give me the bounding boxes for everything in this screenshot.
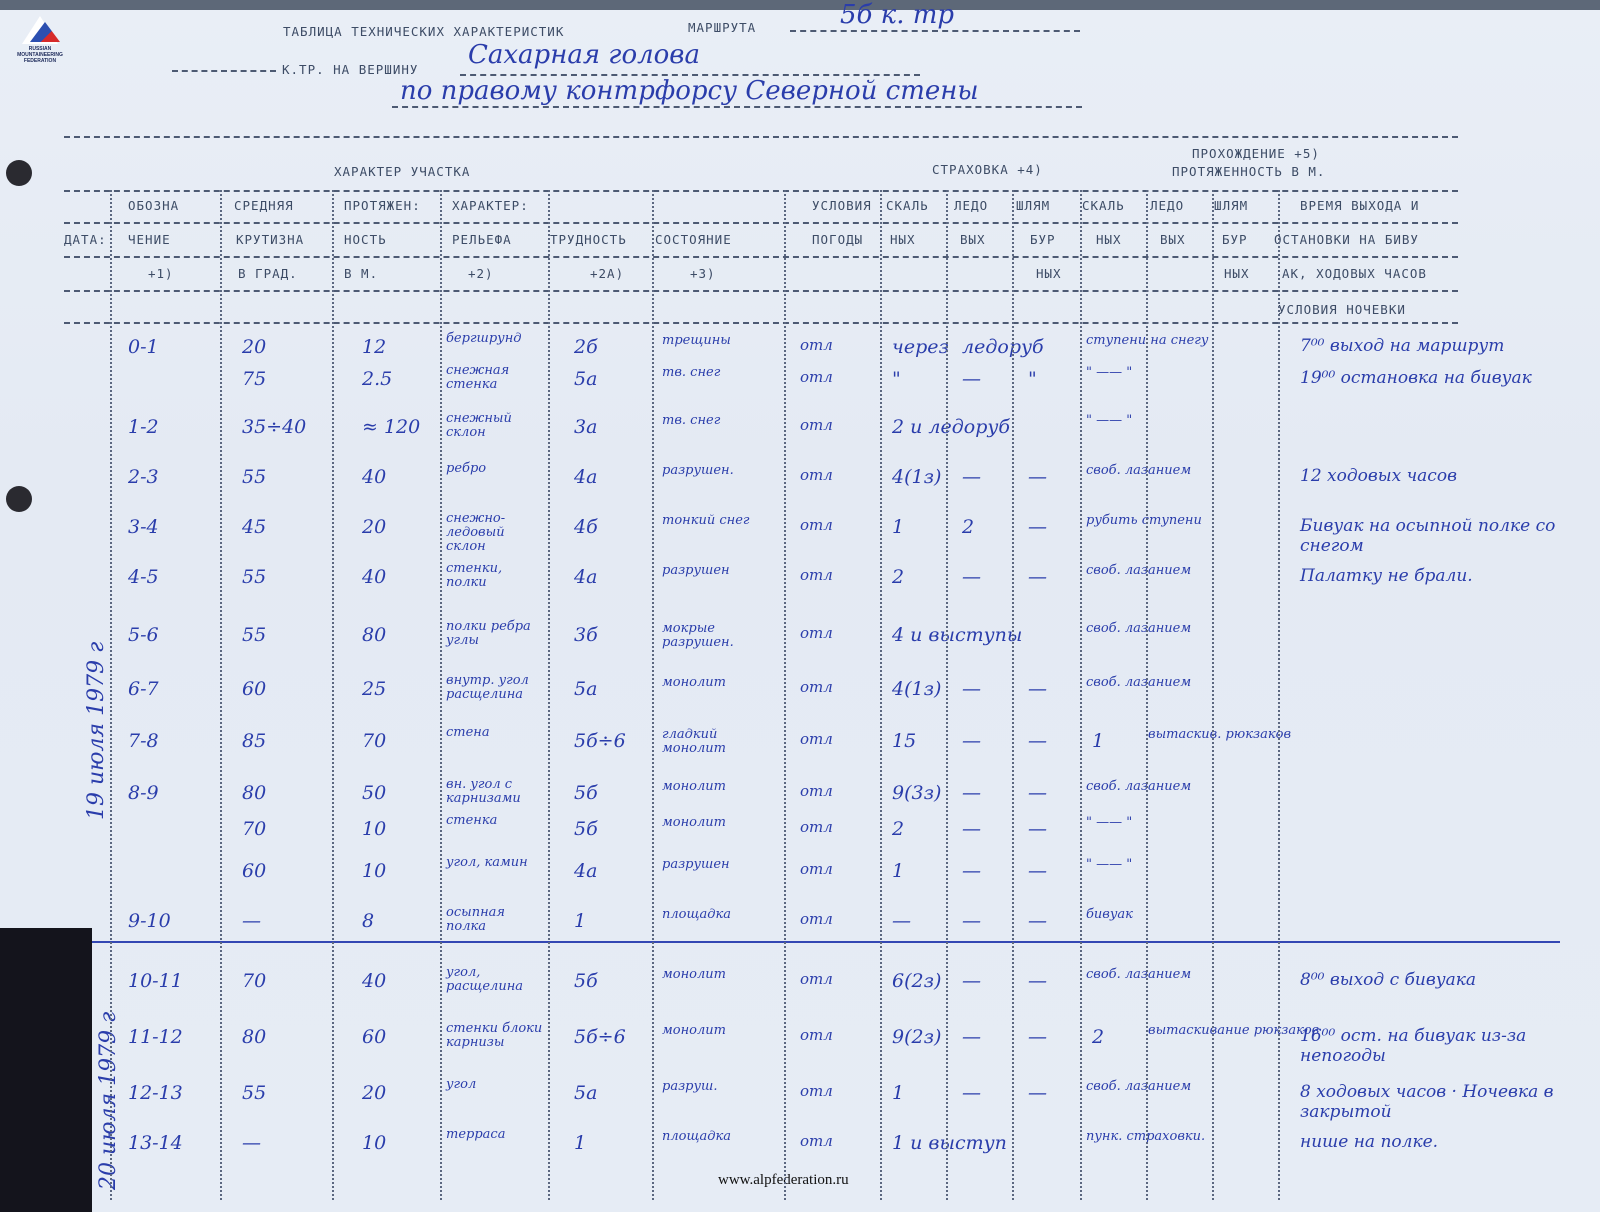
cell-difficulty: 5б	[574, 970, 598, 992]
column-header: ТРУДНОСТЬ	[550, 232, 627, 247]
cell-difficulty: 5б÷6	[574, 1026, 626, 1048]
column-separator	[332, 190, 334, 1200]
cell-steepness: 45	[242, 516, 266, 538]
cell-length: 20	[362, 1082, 386, 1104]
cell-belay-rock: 2	[892, 818, 904, 840]
cell-difficulty: 5а	[574, 678, 597, 700]
route-description: по правому контрфорсу Северной стены	[400, 76, 979, 106]
cell-belay-rock: 4(1з)	[892, 466, 941, 488]
cell-relief: стенки, полки	[446, 562, 546, 590]
column-header: ЧЕНИЕ	[128, 232, 171, 247]
column-header: +2)	[468, 266, 494, 281]
cell-condition: тв. снег	[662, 414, 780, 428]
cell-belay-ice: —	[962, 782, 981, 804]
cell-condition: монолит	[662, 1024, 780, 1038]
cell-belay-bolt: —	[1028, 730, 1047, 752]
cell-relief: бергшрунд	[446, 332, 546, 346]
column-separator	[220, 190, 222, 1200]
punch-hole	[6, 486, 32, 512]
cell-belay-bolt: —	[1028, 678, 1047, 700]
column-header: ЛЕДО	[954, 198, 988, 213]
cell-relief: угол	[446, 1078, 546, 1092]
day-separator-line	[92, 941, 1560, 943]
cell-belay-rock: 2 и ледоруб	[892, 416, 1010, 438]
column-header: В ГРАД.	[238, 266, 298, 281]
cell-condition: площадка	[662, 908, 780, 922]
cell-belay-rock: 1 и выступ	[892, 1132, 1007, 1154]
cell-length: 10	[362, 1132, 386, 1154]
cell-steepness: 35÷40	[242, 416, 306, 438]
cell-weather: отл	[800, 624, 833, 642]
column-header: +2А)	[590, 266, 624, 281]
cell-length: 2.5	[362, 368, 392, 390]
group-section-header: ХАРАКТЕР УЧАСТКА	[334, 164, 470, 179]
cell-weather: отл	[800, 730, 833, 748]
cell-weather: отл	[800, 368, 833, 386]
table-title: ТАБЛИЦА ТЕХНИЧЕСКИХ ХАРАКТЕРИСТИК	[283, 24, 564, 39]
column-header: ХАРАКТЕР:	[452, 198, 529, 213]
cell-passage-notes: рубить ступени	[1086, 514, 1202, 528]
cell-length: 40	[362, 970, 386, 992]
cell-belay-ice: ледоруб	[962, 336, 1044, 358]
cell-weather: отл	[800, 416, 833, 434]
cell-length: 70	[362, 730, 386, 752]
cell-passage-notes: вытаскив. рюкзаков	[1148, 728, 1291, 742]
cell-relief: осыпная полка	[446, 906, 546, 934]
cell-belay-rock: 6(2з)	[892, 970, 941, 992]
scan-dark-edge	[0, 928, 92, 1212]
cell-relief: угол, камин	[446, 856, 546, 870]
cell-weather: отл	[800, 516, 833, 534]
column-header: ВЫХ	[960, 232, 986, 247]
scan-top-edge	[0, 0, 1600, 10]
cell-length: 8	[362, 910, 374, 932]
column-header: СКАЛЬ	[886, 198, 929, 213]
cell-steepness: 70	[242, 970, 266, 992]
cell-condition: разрушен	[662, 858, 780, 872]
cell-belay-ice: —	[962, 1026, 981, 1048]
column-header: ПОГОДЫ	[812, 232, 863, 247]
column-separator	[548, 190, 550, 1200]
column-header: ДАТА:	[64, 232, 107, 247]
cell-condition: тонкий снег	[662, 514, 780, 528]
cell-condition: тв. снег	[662, 366, 780, 380]
cell-steepness: 55	[242, 1082, 266, 1104]
cell-steepness: 60	[242, 860, 266, 882]
column-separator	[110, 190, 112, 1200]
cell-passage-notes: вытаскивание рюкзаков	[1148, 1024, 1319, 1038]
cell-weather: отл	[800, 782, 833, 800]
cell-belay-ice: —	[962, 910, 981, 932]
cell-weather: отл	[800, 566, 833, 584]
cell-steepness: 75	[242, 368, 266, 390]
cell-belay-bolt: "	[1028, 368, 1037, 390]
cell-time-notes: Палатку не брали.	[1300, 566, 1560, 586]
cell-length: 10	[362, 860, 386, 882]
cell-belay-rock: 1	[892, 1082, 904, 1104]
cell-time-notes: 19⁰⁰ остановка на бивуак	[1300, 368, 1560, 388]
cell-steepness: 80	[242, 1026, 266, 1048]
cell-section: 10-11	[128, 970, 183, 992]
column-separator	[1146, 190, 1148, 1200]
column-header: ВРЕМЯ ВЫХОДА И	[1300, 198, 1419, 213]
cell-weather: отл	[800, 910, 833, 928]
cell-steepness: —	[242, 910, 261, 932]
cell-section: 8-9	[128, 782, 159, 804]
logo-line3: FEDERATION	[8, 58, 72, 64]
group-passage-header-2: ПРОТЯЖЕННОСТЬ В М.	[1172, 164, 1325, 179]
cell-relief: снежная стенка	[446, 364, 546, 392]
cell-belay-ice: —	[962, 466, 981, 488]
route-label: МАРШРУТА	[688, 20, 756, 35]
column-header: НЫХ	[1224, 266, 1250, 281]
cell-belay-bolt: —	[1028, 860, 1047, 882]
header-row-4: УСЛОВИЯ НОЧЕВКИ	[1278, 302, 1406, 317]
cell-length: 40	[362, 566, 386, 588]
cell-time-notes: 7⁰⁰ выход на маршрут	[1300, 336, 1560, 356]
cell-belay-bolt: —	[1028, 466, 1047, 488]
cell-belay-bolt: —	[1028, 818, 1047, 840]
cell-length: 60	[362, 1026, 386, 1048]
cell-section: 7-8	[128, 730, 159, 752]
cell-difficulty: 2б	[574, 336, 598, 358]
cell-section: 6-7	[128, 678, 159, 700]
cell-condition: монолит	[662, 780, 780, 794]
column-header: ОБОЗНА	[128, 198, 179, 213]
cell-relief: угол, расщелина	[446, 966, 546, 994]
cell-weather: отл	[800, 818, 833, 836]
cell-time-notes: 8 ходовых часов · Ночевка в закрытой	[1300, 1082, 1560, 1122]
column-separator	[946, 190, 948, 1200]
peak-label: К.ТР. НА ВЕРШИНУ	[282, 62, 418, 77]
cell-passage-notes: " —— "	[1086, 816, 1132, 830]
cell-weather: отл	[800, 860, 833, 878]
cell-condition: разрушен.	[662, 464, 780, 478]
cell-passage-notes: своб. лазанием	[1086, 676, 1191, 690]
cell-passage-rock: 2	[1092, 1026, 1104, 1048]
cell-difficulty: 4а	[574, 466, 597, 488]
cell-relief: вн. угол с карнизами	[446, 778, 546, 806]
cell-belay-ice: —	[962, 818, 981, 840]
cell-relief: полки ребра углы	[446, 620, 546, 648]
cell-condition: монолит	[662, 676, 780, 690]
column-separator	[1012, 190, 1014, 1200]
column-header: +1)	[148, 266, 174, 281]
cell-length: 12	[362, 336, 386, 358]
cell-belay-rock: 2	[892, 566, 904, 588]
cell-belay-bolt: —	[1028, 970, 1047, 992]
cell-weather: отл	[800, 678, 833, 696]
cell-length: 10	[362, 818, 386, 840]
cell-belay-rock: 4 и выступы	[892, 624, 1022, 646]
cell-belay-bolt: —	[1028, 516, 1047, 538]
column-header: +3)	[690, 266, 716, 281]
cell-belay-rock: 15	[892, 730, 916, 752]
cell-difficulty: 4а	[574, 860, 597, 882]
cell-relief: стена	[446, 726, 546, 740]
federation-logo: RUSSIAN MOUNTAINEERING FEDERATION	[8, 14, 72, 70]
cell-section: 5-6	[128, 624, 159, 646]
column-header: ШЛЯМ	[1214, 198, 1248, 213]
column-header: АК, ХОДОВЫХ ЧАСОВ	[1282, 266, 1427, 281]
cell-steepness: 60	[242, 678, 266, 700]
cell-steepness: 20	[242, 336, 266, 358]
cell-section: 4-5	[128, 566, 159, 588]
punch-hole	[6, 160, 32, 186]
cell-steepness: 55	[242, 566, 266, 588]
column-header: СКАЛЬ	[1082, 198, 1125, 213]
column-header: НОСТЬ	[344, 232, 387, 247]
cell-weather: отл	[800, 1132, 833, 1150]
cell-relief: снежный склон	[446, 412, 546, 440]
cell-passage-rock: 1	[1092, 730, 1104, 752]
cell-belay-ice: —	[962, 368, 981, 390]
cell-passage-notes: " —— "	[1086, 414, 1132, 428]
cell-belay-rock: —	[892, 910, 911, 932]
cell-condition: разрушен	[662, 564, 780, 578]
cell-length: 50	[362, 782, 386, 804]
column-header: СОСТОЯНИЕ	[655, 232, 732, 247]
cell-belay-bolt: —	[1028, 1082, 1047, 1104]
cell-section: 9-10	[128, 910, 171, 932]
column-header: УСЛОВИЯ	[812, 198, 872, 213]
column-separator	[1212, 190, 1214, 1200]
cell-section: 1-2	[128, 416, 159, 438]
column-header: ОСТАНОВКИ НА БИВУ	[1274, 232, 1419, 247]
cell-condition: гладкий монолит	[662, 728, 780, 756]
cell-passage-notes: своб. лазанием	[1086, 622, 1191, 636]
date-day1: 19 июля 1979 г	[84, 642, 109, 820]
cell-belay-ice: —	[962, 730, 981, 752]
cell-relief: стенка	[446, 814, 546, 828]
cell-section: 3-4	[128, 516, 159, 538]
cell-relief: ребро	[446, 462, 546, 476]
cell-weather: отл	[800, 336, 833, 354]
cell-belay-rock: 9(2з)	[892, 1026, 941, 1048]
column-header: НЫХ	[1096, 232, 1122, 247]
column-header: РЕЛЬЕФА	[452, 232, 512, 247]
cell-passage-notes: бивуак	[1086, 908, 1133, 922]
cell-time-notes: нише на полке.	[1300, 1132, 1560, 1152]
cell-belay-ice: —	[962, 970, 981, 992]
cell-steepness: 55	[242, 466, 266, 488]
cell-length: 40	[362, 466, 386, 488]
column-header: ШЛЯМ	[1016, 198, 1050, 213]
column-header: НЫХ	[1036, 266, 1062, 281]
column-header: ПРОТЯЖЕН:	[344, 198, 421, 213]
cell-relief: терраса	[446, 1128, 546, 1142]
cell-belay-ice: —	[962, 1082, 981, 1104]
cell-steepness: 70	[242, 818, 266, 840]
cell-belay-rock: "	[892, 368, 901, 390]
cell-passage-notes: " —— "	[1086, 366, 1132, 380]
cell-time-notes: 12 ходовых часов	[1300, 466, 1560, 486]
cell-condition: монолит	[662, 968, 780, 982]
cell-weather: отл	[800, 1026, 833, 1044]
cell-belay-rock: 1	[892, 516, 904, 538]
cell-difficulty: 5б÷6	[574, 730, 626, 752]
cell-belay-ice: —	[962, 860, 981, 882]
cell-belay-rock: 4(1з)	[892, 678, 941, 700]
cell-belay-rock: 1	[892, 860, 904, 882]
cell-belay-bolt: —	[1028, 1026, 1047, 1048]
cell-section: 11-12	[128, 1026, 183, 1048]
document-scan: RUSSIAN MOUNTAINEERING FEDERATION ТАБЛИЦ…	[0, 0, 1600, 1212]
column-header: ЛЕДО	[1150, 198, 1184, 213]
column-separator	[440, 190, 442, 1200]
cell-steepness: —	[242, 1132, 261, 1154]
cell-section: 12-13	[128, 1082, 183, 1104]
column-header: В М.	[344, 266, 378, 281]
cell-length: 80	[362, 624, 386, 646]
cell-difficulty: 5а	[574, 368, 597, 390]
cell-condition: трещины	[662, 334, 780, 348]
column-header: БУР	[1222, 232, 1248, 247]
cell-passage-notes: своб. лазанием	[1086, 968, 1191, 982]
cell-difficulty: 4б	[574, 516, 598, 538]
column-separator	[652, 190, 654, 1200]
cell-difficulty: 5а	[574, 1082, 597, 1104]
cell-weather: отл	[800, 1082, 833, 1100]
column-separator	[880, 190, 882, 1200]
cell-difficulty: 3б	[574, 624, 598, 646]
cell-belay-bolt: —	[1028, 566, 1047, 588]
cell-relief: внутр. угол расщелина	[446, 674, 546, 702]
cell-time-notes: Бивуак на осыпной полке со снегом	[1300, 516, 1560, 556]
cell-length: 25	[362, 678, 386, 700]
cell-difficulty: 3а	[574, 416, 597, 438]
cell-steepness: 55	[242, 624, 266, 646]
cell-difficulty: 5б	[574, 818, 598, 840]
cell-passage-notes: " —— "	[1086, 858, 1132, 872]
cell-steepness: 80	[242, 782, 266, 804]
peak-name: Сахарная голова	[468, 40, 700, 70]
column-header: ВЫХ	[1160, 232, 1186, 247]
cell-weather: отл	[800, 970, 833, 988]
cell-relief: стенки блоки карнизы	[446, 1022, 546, 1050]
cell-section: 13-14	[128, 1132, 183, 1154]
cell-belay-rock: через	[892, 336, 949, 358]
cell-steepness: 85	[242, 730, 266, 752]
cell-belay-rock: 9(3з)	[892, 782, 941, 804]
cell-time-notes: 16⁰⁰ ост. на бивуак из-за непогоды	[1300, 1026, 1560, 1066]
cell-relief: снежно-ледовый склон	[446, 512, 546, 554]
cell-condition: площадка	[662, 1130, 780, 1144]
route-grade: 5б к. тр	[840, 0, 954, 30]
column-header: НЫХ	[890, 232, 916, 247]
date-day2: 20 июля 1979 г	[96, 1012, 121, 1190]
cell-belay-ice: —	[962, 678, 981, 700]
group-belay-header: СТРАХОВКА +4)	[932, 162, 1043, 177]
cell-belay-bolt: —	[1028, 782, 1047, 804]
cell-difficulty: 1	[574, 1132, 586, 1154]
cell-time-notes: 8⁰⁰ выход с бивуака	[1300, 970, 1560, 990]
group-passage-header-1: ПРОХОЖДЕНИЕ +5)	[1192, 146, 1320, 161]
cell-condition: разруш.	[662, 1080, 780, 1094]
cell-difficulty: 5б	[574, 782, 598, 804]
cell-section: 0-1	[128, 336, 159, 358]
cell-length: ≈ 120	[362, 416, 420, 438]
column-header: КРУТИЗНА	[236, 232, 304, 247]
cell-section: 2-3	[128, 466, 159, 488]
cell-condition: монолит	[662, 816, 780, 830]
column-separator	[1080, 190, 1082, 1200]
cell-difficulty: 4а	[574, 566, 597, 588]
column-separator	[1278, 190, 1280, 1200]
cell-passage-notes: своб. лазанием	[1086, 780, 1191, 794]
column-header: СРЕДНЯЯ	[234, 198, 294, 213]
cell-difficulty: 1	[574, 910, 586, 932]
cell-passage-notes: своб. лазанием	[1086, 564, 1191, 578]
cell-belay-ice: —	[962, 566, 981, 588]
cell-passage-notes: своб. лазанием	[1086, 1080, 1191, 1094]
cell-belay-ice: 2	[962, 516, 974, 538]
cell-passage-notes: своб. лазанием	[1086, 464, 1191, 478]
column-header: БУР	[1030, 232, 1056, 247]
cell-condition: мокрые разрушен.	[662, 622, 780, 650]
cell-length: 20	[362, 516, 386, 538]
cell-belay-bolt: —	[1028, 910, 1047, 932]
cell-weather: отл	[800, 466, 833, 484]
column-separator	[784, 190, 786, 1200]
